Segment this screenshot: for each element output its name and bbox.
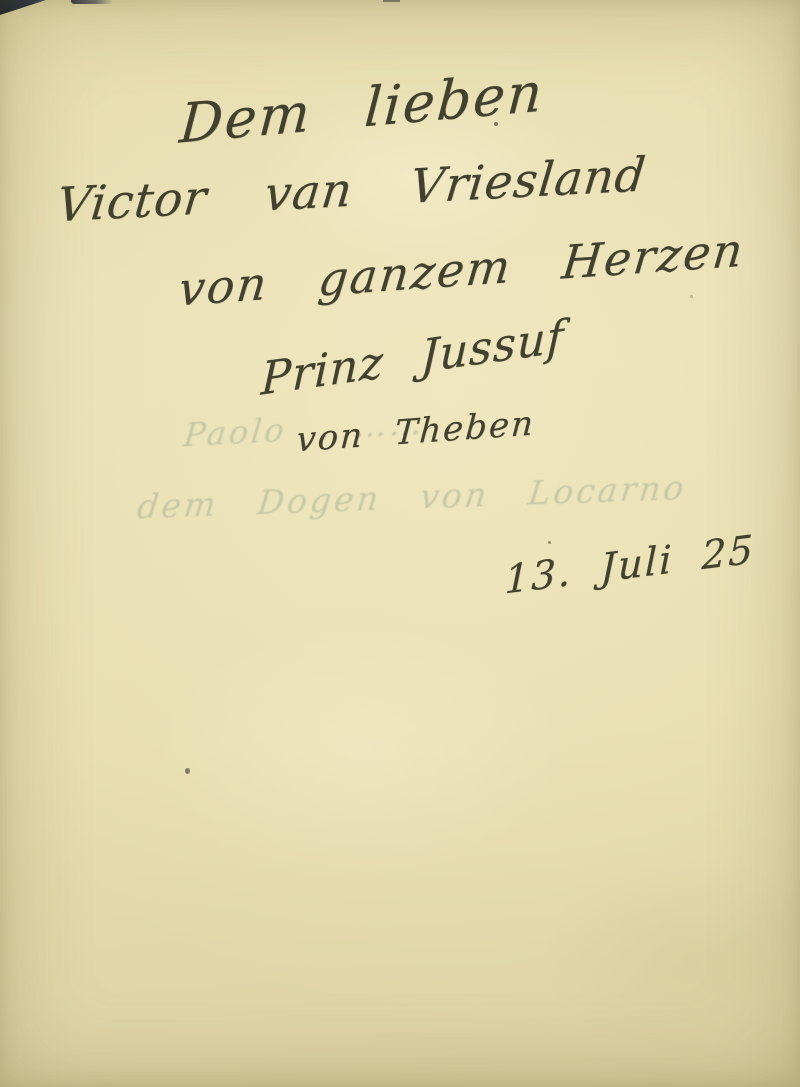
- signature-line-1: Prinz Jussuf: [260, 309, 565, 405]
- ghost-text-line-2: dem Dogen von Locarno: [135, 468, 689, 526]
- ink-speck: [548, 541, 551, 544]
- dedication-line-2-recipient: Victor van Vriesland: [54, 147, 649, 233]
- date-line: 13. Juli 25: [504, 527, 755, 603]
- ink-speck: [185, 768, 190, 774]
- scanner-background-corner: [0, 0, 46, 15]
- scanned-page: Paolo ……… dem Dogen von Locarno Dem lieb…: [0, 0, 800, 1087]
- paper-blotch: [540, 860, 800, 1060]
- dust-speck: [690, 295, 693, 298]
- scanner-background-edge-mark: [383, 0, 400, 2]
- dedication-line-3: von ganzem Herzen: [176, 222, 747, 316]
- scanner-background-edge-mark: [71, 0, 113, 4]
- paper-blotch: [150, 620, 570, 880]
- dedication-line-1: Dem lieben: [178, 60, 546, 155]
